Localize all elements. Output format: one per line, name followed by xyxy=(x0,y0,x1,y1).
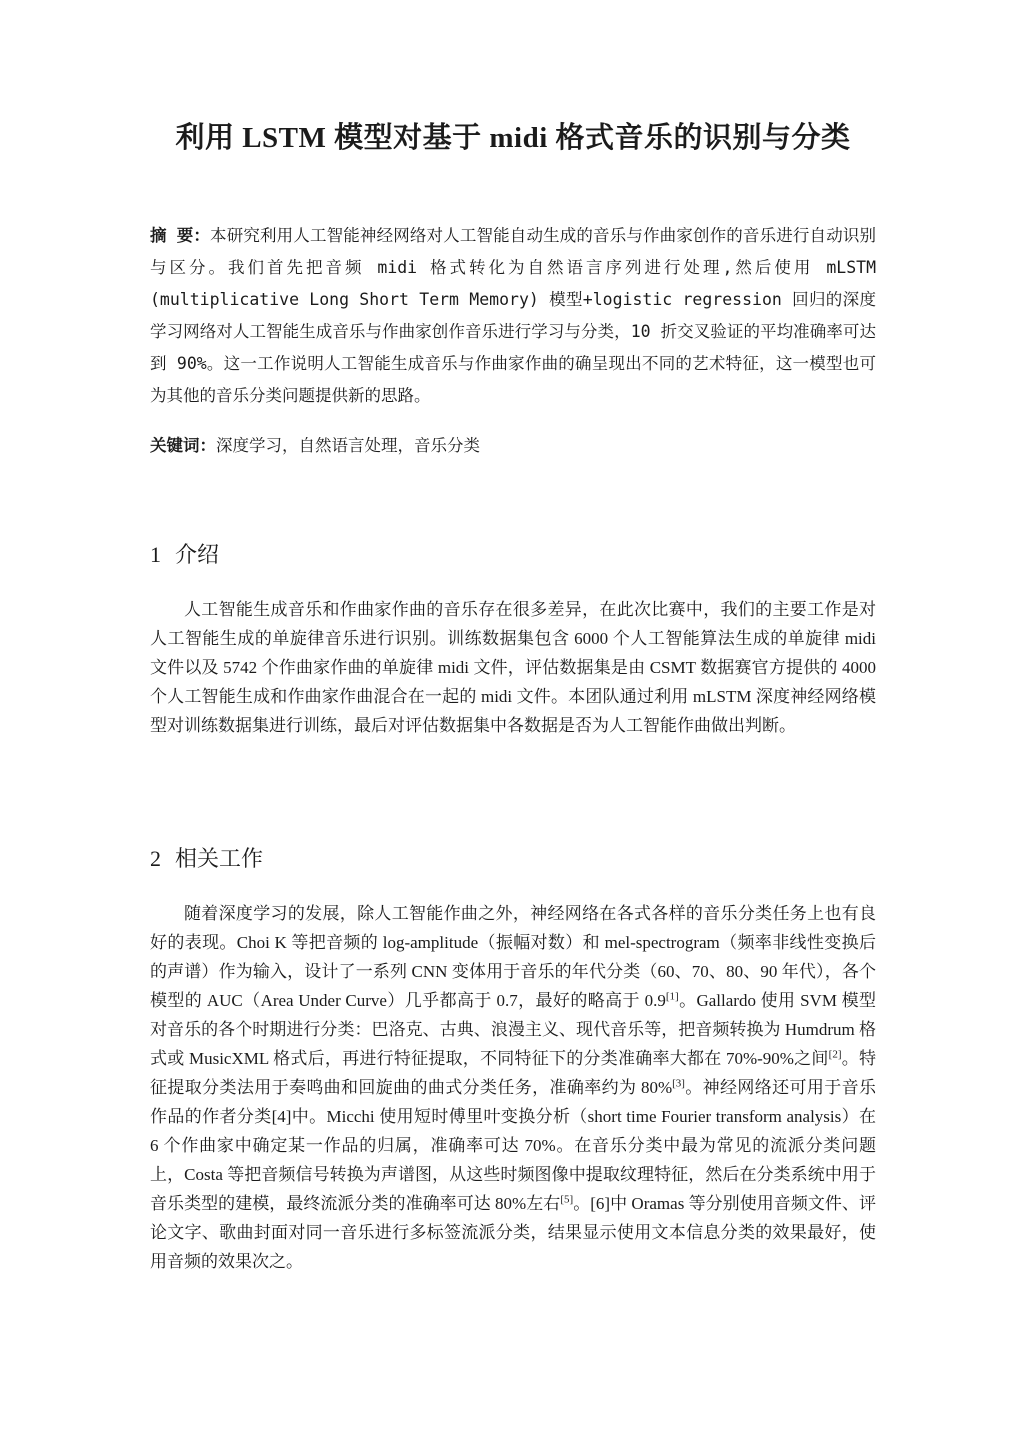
keywords-label: 关键词： xyxy=(150,436,216,455)
section-introduction: 1介绍 人工智能生成音乐和作曲家作曲的音乐存在很多差异，在此次比赛中，我们的主要… xyxy=(150,540,876,740)
paper-title: 利用 LSTM 模型对基于 midi 格式音乐的识别与分类 xyxy=(150,116,876,160)
abstract-paragraph: 摘 要：本研究利用人工智能神经网络对人工智能自动生成的音乐与作曲家创作的音乐进行… xyxy=(150,220,876,412)
section-1-number: 1 xyxy=(150,542,161,567)
section-related-work: 2相关工作 随着深度学习的发展，除人工智能作曲之外，神经网络在各式各样的音乐分类… xyxy=(150,844,876,1276)
section-1-paragraph: 人工智能生成音乐和作曲家作曲的音乐存在很多差异，在此次比赛中，我们的主要工作是对… xyxy=(150,595,876,740)
abstract-text: 本研究利用人工智能神经网络对人工智能自动生成的音乐与作曲家创作的音乐进行自动识别… xyxy=(150,226,876,405)
abstract-label: 摘 要： xyxy=(150,226,210,245)
section-2-heading: 2相关工作 xyxy=(150,844,876,874)
section-2-paragraph: 随着深度学习的发展，除人工智能作曲之外，神经网络在各式各样的音乐分类任务上也有良… xyxy=(150,899,876,1276)
section-2-title: 相关工作 xyxy=(175,846,263,871)
section-2-number: 2 xyxy=(150,846,161,871)
section-1-heading: 1介绍 xyxy=(150,540,876,570)
keywords-text: 深度学习，自然语言处理，音乐分类 xyxy=(216,436,480,455)
keywords-line: 关键词：深度学习，自然语言处理，音乐分类 xyxy=(150,430,876,462)
document-page: 利用 LSTM 模型对基于 midi 格式音乐的识别与分类 摘 要：本研究利用人… xyxy=(0,0,1024,1448)
section-1-title: 介绍 xyxy=(175,542,219,567)
